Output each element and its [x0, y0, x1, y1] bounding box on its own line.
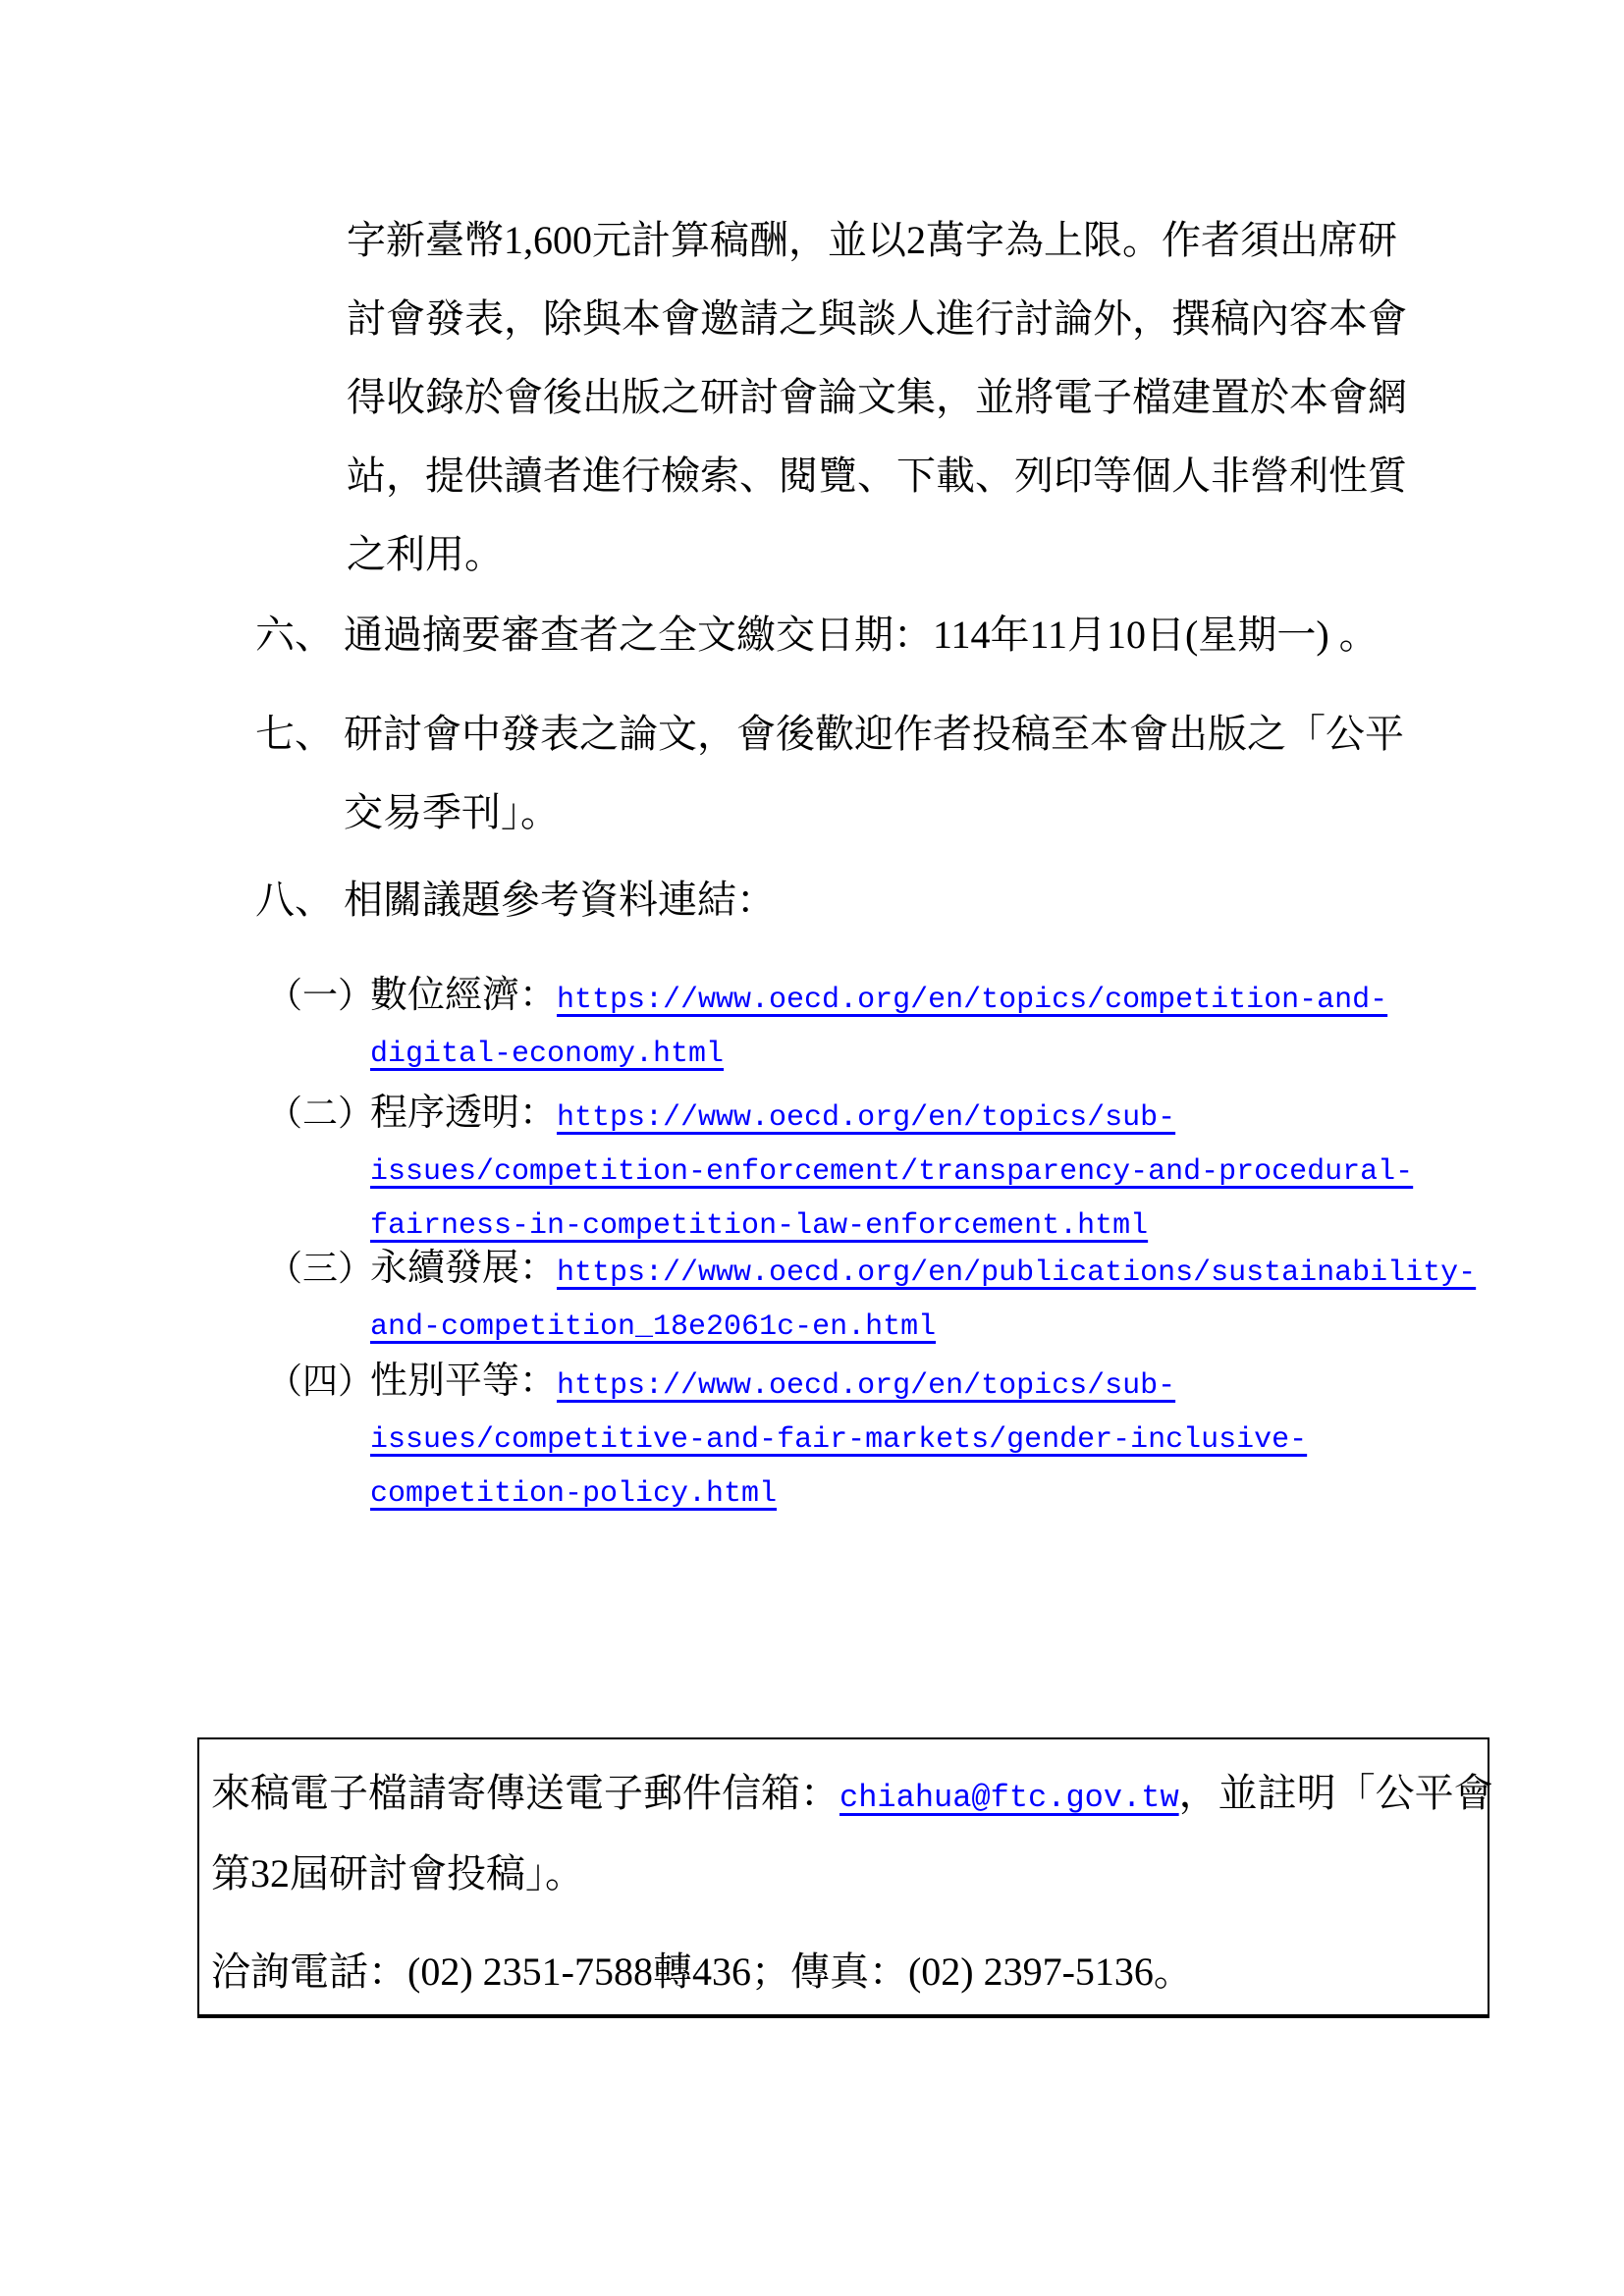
- item-text: 研討會中發表之論文，會後歡迎作者投稿至本會出版之「公平: [344, 695, 1404, 774]
- reference-url-link[interactable]: fairness-in-competition-law-enforcement.…: [370, 1209, 1148, 1243]
- reference-item-3: （三）永續發展：https://www.oecd.org/en/publicat…: [267, 1243, 1476, 1356]
- item-text-continued: 交易季刊」。: [344, 774, 560, 852]
- reference-url-link[interactable]: https://www.oecd.org/en/topics/sub-: [557, 1369, 1175, 1403]
- reference-url-link[interactable]: digital-economy.html: [370, 1038, 724, 1071]
- intro-paragraph: 字新臺幣1,600元計算稿酬，並以2萬字為上限。作者須出席研 討會發表，除與本會…: [347, 201, 1407, 594]
- notice-box: 來稿電子檔請寄傳送電子郵件信箱：chiahua@ftc.gov.tw，並註明「公…: [197, 1737, 1489, 2018]
- document-page: 字新臺幣1,600元計算稿酬，並以2萬字為上限。作者須出席研 討會發表，除與本會…: [0, 0, 1624, 2296]
- reference-item-1: （一）數位經濟：https://www.oecd.org/en/topics/c…: [267, 970, 1387, 1083]
- intro-line: 站，提供讀者進行檢索、閱覽、下載、列印等個人非營利性質: [347, 437, 1407, 515]
- list-item-eight: 八、 相關議題參考資料連結：: [255, 861, 776, 939]
- item-text: 相關議題參考資料連結：: [344, 861, 776, 939]
- item-number: 六、: [255, 596, 344, 674]
- reference-number: （四）: [267, 1356, 370, 1407]
- item-text: 通過摘要審查者之全文繳交日期：114年11月10日(星期一) 。: [344, 596, 1379, 674]
- list-item-six: 六、 通過摘要審查者之全文繳交日期：114年11月10日(星期一) 。: [255, 596, 1379, 674]
- contact-phone-line: 洽詢電話：(02) 2351-7588轉436；傳真：(02) 2397-513…: [211, 1949, 1193, 1994]
- notice-text: ，並註明「公平會: [1179, 1771, 1493, 1815]
- reference-label: 永續發展：: [370, 1248, 557, 1289]
- email-link[interactable]: chiahua@ftc.gov.tw: [839, 1780, 1179, 1816]
- item-number: 八、: [255, 861, 344, 939]
- list-item-seven: 七、 研討會中發表之論文，會後歡迎作者投稿至本會出版之「公平 交易季刊」。: [255, 695, 1404, 852]
- reference-url-link[interactable]: https://www.oecd.org/en/topics/sub-: [557, 1101, 1175, 1135]
- reference-url-link[interactable]: and-competition_18e2061c-en.html: [370, 1310, 936, 1344]
- intro-line: 之利用。: [347, 515, 1407, 594]
- reference-item-2: （二）程序透明：https://www.oecd.org/en/topics/s…: [267, 1088, 1413, 1255]
- intro-line: 字新臺幣1,600元計算稿酬，並以2萬字為上限。作者須出席研: [347, 201, 1407, 280]
- item-number: 七、: [255, 695, 344, 774]
- reference-url-link[interactable]: competition-policy.html: [370, 1477, 777, 1511]
- reference-item-4: （四）性別平等：https://www.oecd.org/en/topics/s…: [267, 1356, 1307, 1522]
- reference-url-link[interactable]: https://www.oecd.org/en/topics/competiti…: [557, 984, 1387, 1017]
- reference-number: （一）: [267, 970, 370, 1021]
- reference-url-link[interactable]: https://www.oecd.org/en/publications/sus…: [557, 1256, 1476, 1290]
- reference-url-link[interactable]: issues/competition-enforcement/transpare…: [370, 1155, 1413, 1189]
- reference-label: 性別平等：: [370, 1361, 557, 1402]
- reference-label: 程序透明：: [370, 1093, 557, 1134]
- intro-line: 討會發表，除與本會邀請之與談人進行討論外，撰稿內容本會: [347, 280, 1407, 358]
- reference-url-link[interactable]: issues/competitive-and-fair-markets/gend…: [370, 1423, 1307, 1457]
- notice-text: 來稿電子檔請寄傳送電子郵件信箱：: [211, 1771, 839, 1815]
- reference-label: 數位經濟：: [370, 975, 557, 1016]
- notice-text-line2: 第32屆研討會投稿」。: [211, 1851, 584, 1896]
- intro-line: 得收錄於會後出版之研討會論文集，並將電子檔建置於本會網: [347, 358, 1407, 437]
- reference-number: （三）: [267, 1243, 370, 1294]
- reference-number: （二）: [267, 1088, 370, 1139]
